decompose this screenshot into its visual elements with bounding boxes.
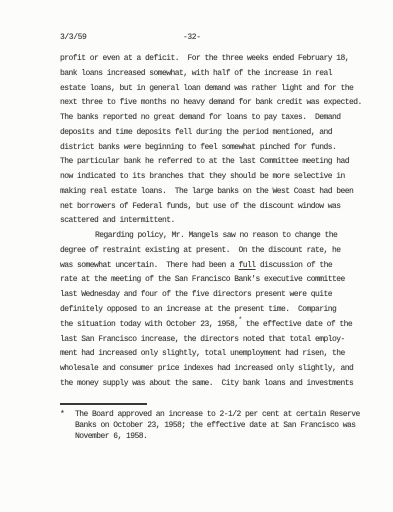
text-line: rate at the meeting of the San Francisco… (60, 273, 368, 288)
text-line: wholesale and consumer price indexes had… (60, 362, 368, 377)
text-line: bank loans increased somewhat, with half… (60, 67, 368, 82)
footnote-marker: * (60, 409, 65, 420)
text-line: profit or even at a deficit. For the thr… (60, 52, 368, 67)
document-body: profit or even at a deficit. For the thr… (60, 52, 368, 392)
text-line: Regarding policy, Mr. Mangels saw no rea… (60, 229, 368, 244)
text-line: The banks reported no great demand for l… (60, 111, 368, 126)
footnote-line: November 6, 1958. (75, 431, 368, 442)
text-line: net borrowers of Federal funds, but use … (60, 200, 368, 215)
text-line: scattered and intermittent. (60, 214, 368, 229)
text-line: last San Francisco increase, the directo… (60, 333, 368, 348)
text-line: estate loans, but in general loan demand… (60, 82, 368, 97)
date-stamp: 3/3/59 (60, 33, 86, 42)
text-line: making real estate loans. The large bank… (60, 185, 368, 200)
text-line: degree of restraint existing at present.… (60, 244, 368, 259)
text-line: next three to five months no heavy deman… (60, 96, 368, 111)
text-line: last Wednesday and four of the five dire… (60, 288, 368, 303)
text-line: now indicated to its branches that they … (60, 170, 368, 185)
footnote-line: The Board approved an increase to 2-1/2 … (75, 409, 368, 420)
footnote-line: Banks on October 23, 1958; the effective… (75, 420, 368, 431)
text-line: was somewhat uncertain. There had been a… (60, 259, 368, 274)
text-line: district banks were beginning to feel so… (60, 141, 368, 156)
page-number: -32- (183, 33, 201, 42)
text-line: ment had increased only slightly, total … (60, 347, 368, 362)
text-line: deposits and time deposits fell during t… (60, 126, 368, 141)
text-line: the situation today with October 23, 195… (60, 318, 368, 333)
text-line: the money supply was about the same. Cit… (60, 377, 368, 392)
document-page: 3/3/59 -32- profit or even at a deficit.… (0, 0, 393, 512)
page-header: 3/3/59 -32- (60, 33, 365, 47)
text-line: definitely opposed to an increase at the… (60, 303, 368, 318)
text-line: The particular bank he referred to at th… (60, 155, 368, 170)
footnote: *The Board approved an increase to 2-1/2… (60, 403, 368, 442)
footnote-divider (60, 403, 147, 405)
footnote-text: *The Board approved an increase to 2-1/2… (60, 409, 368, 442)
